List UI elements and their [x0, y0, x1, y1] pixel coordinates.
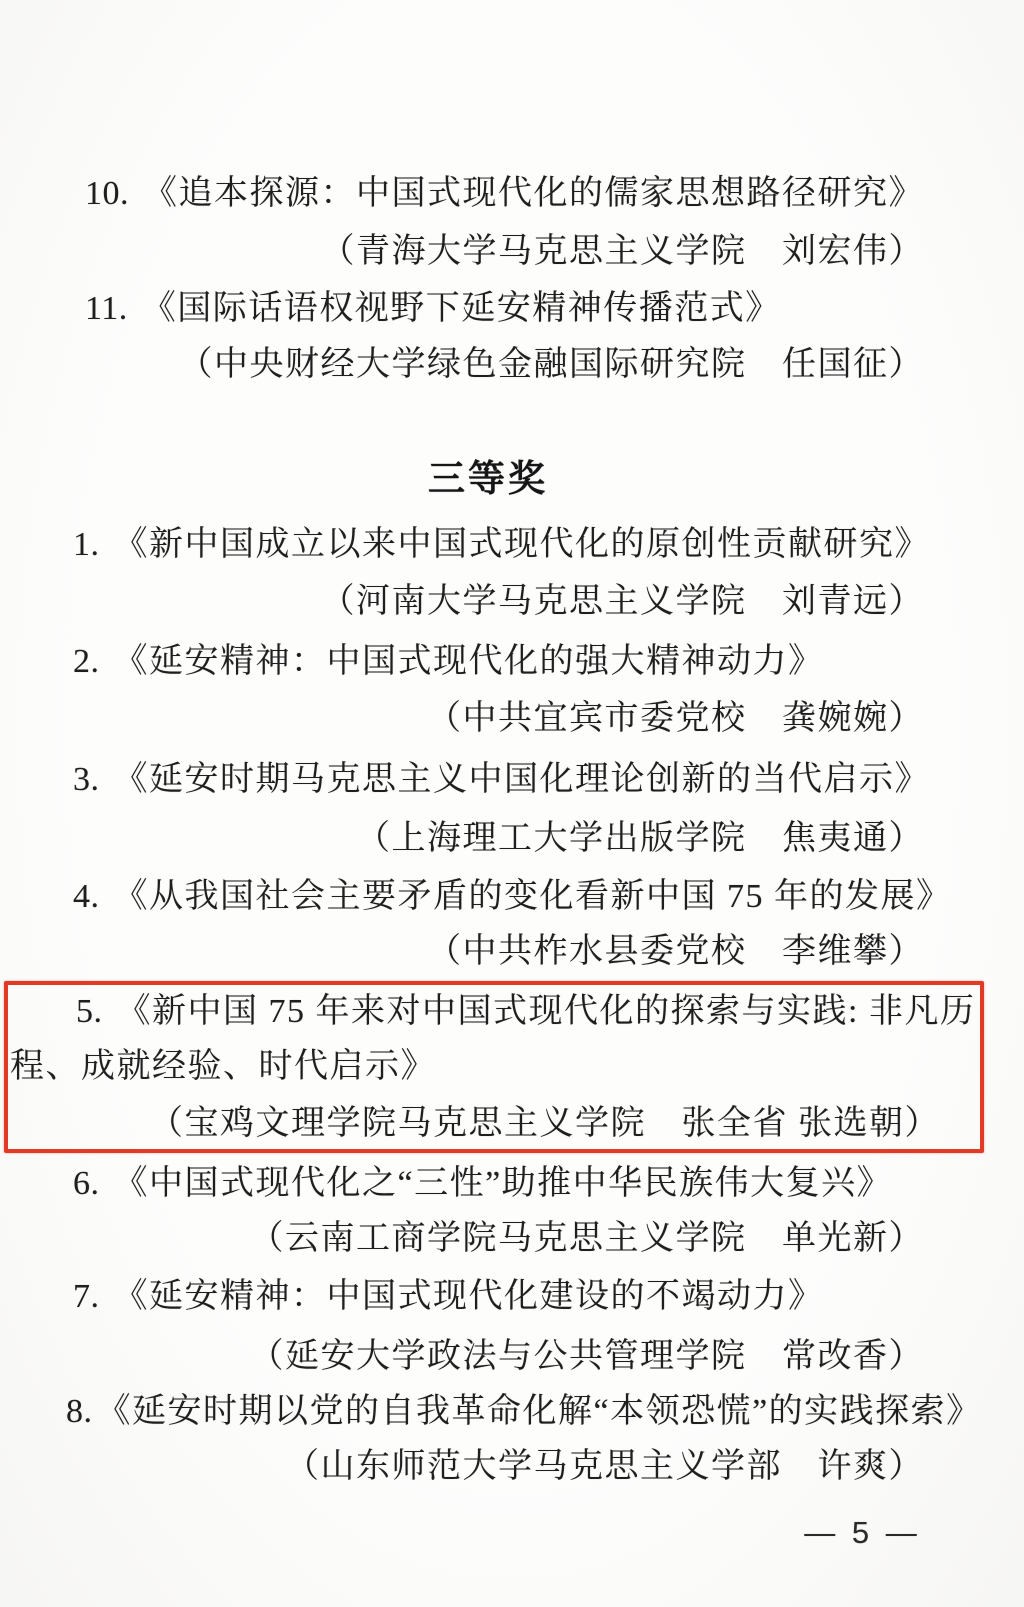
entry-title: 8.《延安时期以党的自我革命化解“本领恐慌”的实践探索》: [66, 1390, 982, 1434]
entry-title-text: 《从我国社会主要矛盾的变化看新中国 75 年的发展》: [114, 878, 952, 915]
entry-title: 2.《延安精神：中国式现代化的强大精神动力》: [73, 640, 824, 684]
entry-affiliation: （云南工商学院马克思主义学院 单光新）: [0, 1217, 924, 1261]
entry-affiliation: （上海理工大学出版学院 焦夷通）: [0, 817, 924, 861]
entry-title-text: 《新中国 75 年来对中国式现代化的探索与实践: 非凡历: [117, 993, 976, 1030]
entry-number: 5.: [76, 990, 103, 1034]
entry-title-text: 《中国式现代化之“三性”助推中华民族伟大复兴》: [114, 1165, 893, 1202]
entry-number: 11.: [85, 287, 128, 331]
entry-title-text: 《延安精神：中国式现代化的强大精神动力》: [114, 643, 824, 680]
entry-number: 8.: [66, 1390, 93, 1434]
entry-title: 3.《延安时期马克思主义中国化理论创新的当代启示》: [73, 758, 930, 802]
entry-number: 6.: [73, 1162, 100, 1206]
entry-title-text: 《延安时期以党的自我革命化解“本领恐慌”的实践探索》: [97, 1393, 982, 1430]
entry-title: 10.《追本探源：中国式现代化的儒家思想路径研究》: [85, 172, 924, 216]
entry-title: 7.《延安精神：中国式现代化建设的不竭动力》: [73, 1275, 824, 1319]
entry-title-text: 《国际话语权视野下延安精神传播范式》: [142, 290, 781, 327]
entry-title: 5.《新中国 75 年来对中国式现代化的探索与实践: 非凡历: [76, 990, 975, 1034]
entry-title-text: 《延安精神：中国式现代化建设的不竭动力》: [114, 1278, 824, 1315]
entry-number: 1.: [73, 523, 100, 567]
scanned-document-page: 10.《追本探源：中国式现代化的儒家思想路径研究》 （青海大学马克思主义学院 刘…: [0, 0, 1024, 1607]
entry-title: 11.《国际话语权视野下延安精神传播范式》: [85, 287, 781, 331]
entry-affiliation: （青海大学马克思主义学院 刘宏伟）: [0, 230, 924, 274]
entry-affiliation: （中共柞水县委党校 李维攀）: [0, 930, 924, 974]
entry-title: 1.《新中国成立以来中国式现代化的原创性贡献研究》: [73, 523, 930, 567]
entry-number: 2.: [73, 640, 100, 684]
entry-affiliation: （中央财经大学绿色金融国际研究院 任国征）: [0, 343, 924, 387]
section-heading-third-prize: 三等奖: [0, 456, 976, 502]
entry-affiliation: （延安大学政法与公共管理学院 常改香）: [0, 1335, 924, 1379]
entry-affiliation: （宝鸡文理学院马克思主义学院 张全省 张选朝）: [0, 1102, 940, 1146]
page-number: — 5 —: [770, 1513, 955, 1553]
entry-title-text: 《追本探源：中国式现代化的儒家思想路径研究》: [143, 175, 924, 212]
entry-number: 7.: [73, 1275, 100, 1319]
entry-title-text: 《延安时期马克思主义中国化理论创新的当代启示》: [114, 761, 931, 798]
entry-affiliation: （中共宜宾市委党校 龚婉婉）: [0, 697, 924, 741]
entry-affiliation: （河南大学马克思主义学院 刘青远）: [0, 580, 924, 624]
entry-title: 4.《从我国社会主要矛盾的变化看新中国 75 年的发展》: [73, 875, 952, 919]
entry-affiliation: （山东师范大学马克思主义学部 许爽）: [0, 1445, 924, 1489]
entry-title-continuation: 程、成就经验、时代启示》: [10, 1045, 436, 1089]
entry-number: 3.: [73, 758, 100, 802]
entry-number: 10.: [85, 172, 129, 216]
entry-title-text: 《新中国成立以来中国式现代化的原创性贡献研究》: [114, 526, 931, 563]
entry-number: 4.: [73, 875, 100, 919]
entry-title: 6.《中国式现代化之“三性”助推中华民族伟大复兴》: [73, 1162, 892, 1206]
